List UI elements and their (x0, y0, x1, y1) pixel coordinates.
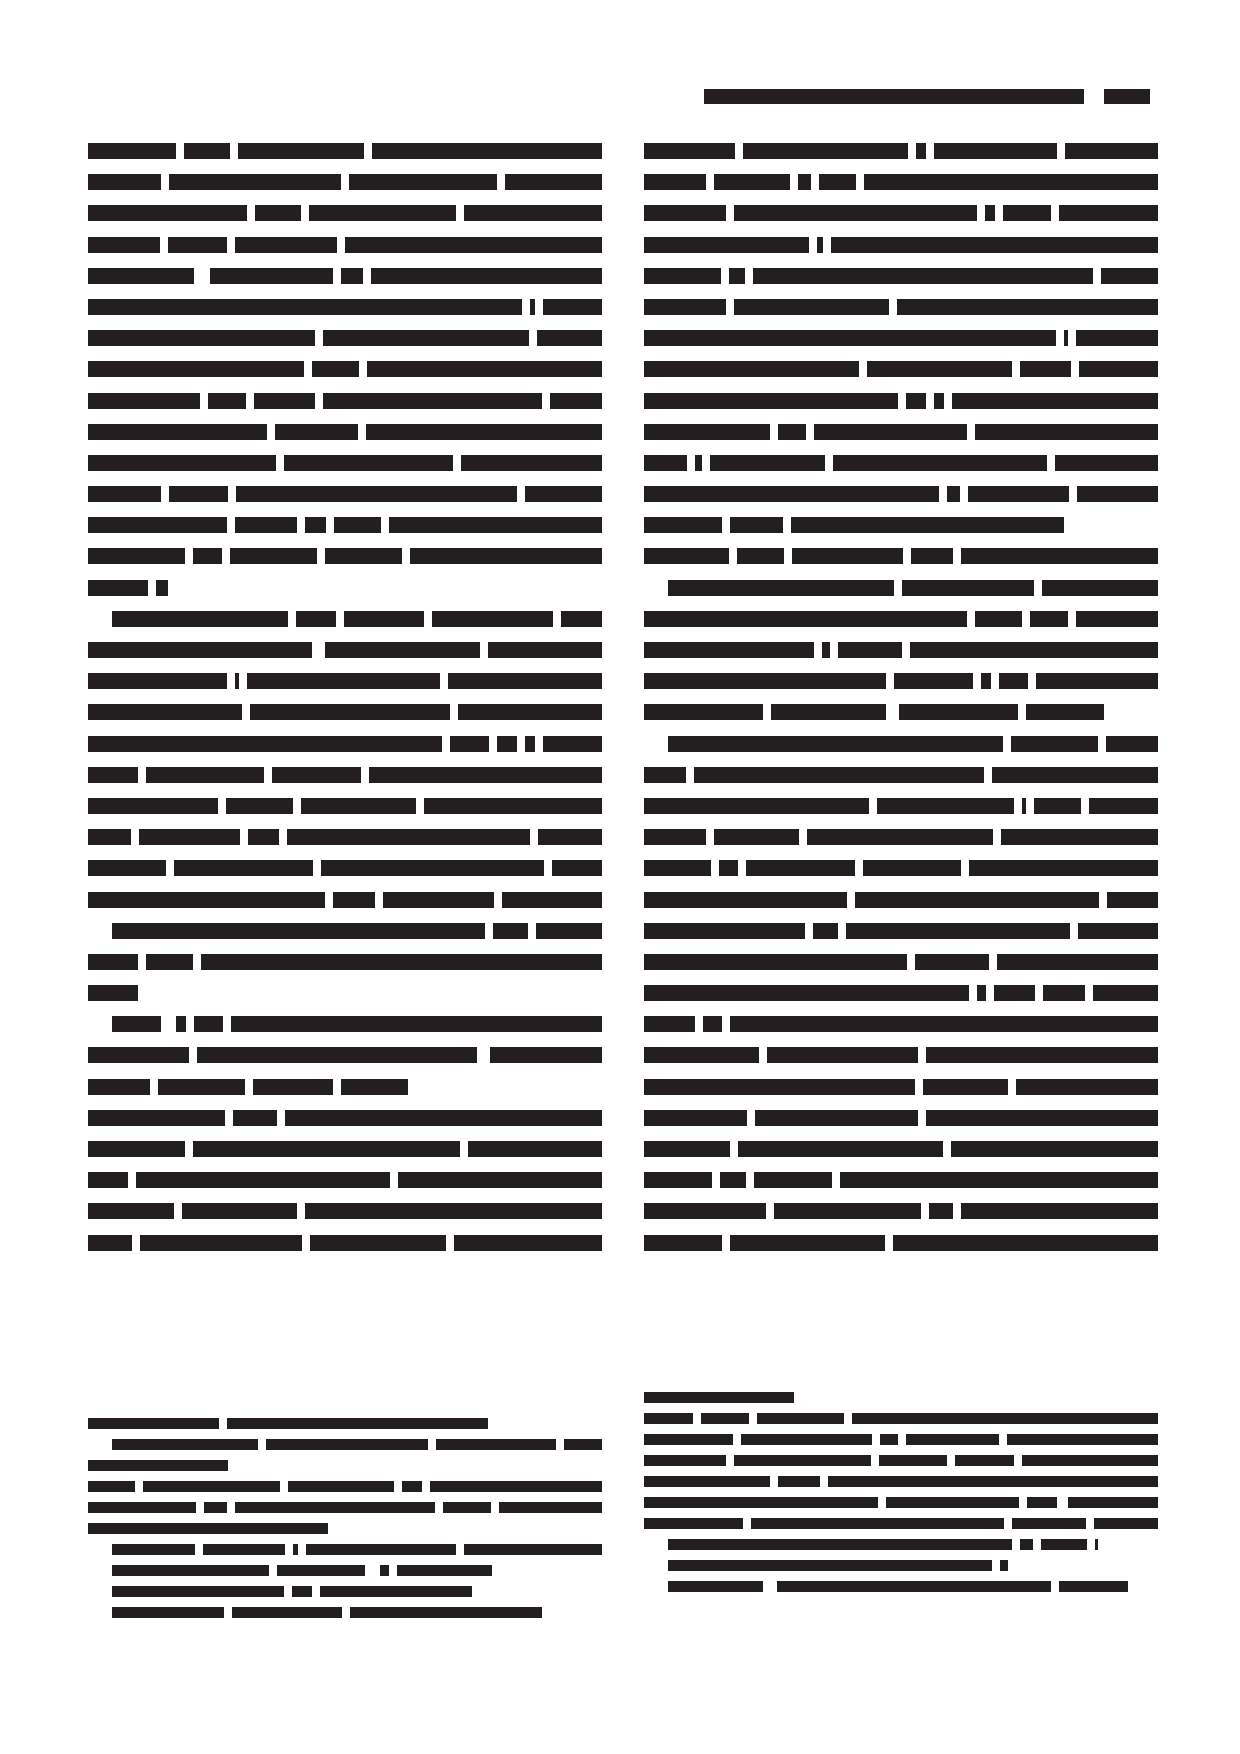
redacted-text-line (88, 1502, 602, 1513)
redacted-text-line (644, 829, 1158, 845)
redacted-text-line (644, 1413, 1158, 1424)
redacted-text-line (644, 1141, 1158, 1157)
redacted-text-line (88, 704, 602, 720)
redacted-text-line (88, 736, 602, 752)
redacted-text-line (644, 268, 1158, 284)
redacted-text-line (644, 424, 1158, 440)
redacted-text-line (88, 1523, 328, 1534)
redacted-text-line (88, 205, 602, 221)
redacted-text-line (644, 455, 1158, 471)
redacted-text-line (88, 424, 602, 440)
redacted-text-line (88, 860, 602, 876)
right-footnotes (644, 1392, 1158, 1602)
redacted-text-line (668, 1560, 1008, 1571)
redacted-text-line (88, 455, 602, 471)
redacted-text-line (644, 1392, 794, 1403)
running-header-text (704, 89, 1084, 104)
redacted-text-line (88, 174, 602, 190)
redacted-text-line (88, 237, 602, 253)
redacted-text-line (668, 580, 1158, 596)
redacted-text-line (644, 611, 1158, 627)
redacted-text-line (88, 892, 602, 908)
redacted-text-line (644, 1203, 1158, 1219)
redacted-text-line (644, 673, 1158, 689)
redacted-text-line (112, 1565, 492, 1576)
redacted-text-line (112, 1544, 602, 1555)
redacted-text-line (644, 1172, 1158, 1188)
redacted-text-line (112, 611, 602, 627)
redacted-text-line (88, 1481, 602, 1492)
redacted-text-line (644, 954, 1158, 970)
redacted-text-line (88, 548, 602, 564)
redacted-text-line (644, 517, 1064, 533)
redacted-text-line (668, 1539, 1098, 1550)
redacted-text-line (88, 517, 602, 533)
redacted-text-line (112, 1607, 542, 1618)
redacted-text-line (668, 1581, 1128, 1592)
redacted-text-line (668, 736, 1158, 752)
redacted-text-line (644, 237, 1158, 253)
redacted-text-line (644, 174, 1158, 190)
redacted-text-line (88, 767, 602, 783)
page-number (1104, 89, 1150, 104)
right-column (644, 143, 1158, 1266)
redacted-text-line (88, 798, 602, 814)
redacted-text-line (644, 205, 1158, 221)
redacted-text-line (644, 1455, 1158, 1466)
redacted-text-line (644, 1235, 1158, 1251)
redacted-text-line (88, 954, 602, 970)
redacted-text-line (644, 393, 1158, 409)
redacted-text-line (644, 985, 1158, 1001)
redacted-text-line (644, 143, 1158, 159)
redacted-text-line (644, 1110, 1158, 1126)
redacted-text-line (88, 1203, 602, 1219)
redacted-text-line (88, 330, 602, 346)
redacted-text-line (644, 892, 1158, 908)
left-column (88, 143, 602, 1266)
redacted-text-line (88, 1460, 228, 1471)
redacted-text-line (112, 923, 602, 939)
redacted-text-line (644, 1518, 1158, 1529)
redacted-text-line (88, 642, 602, 658)
redacted-text-line (112, 1586, 472, 1597)
redacted-text-line (644, 923, 1158, 939)
redacted-text-line (644, 1497, 1158, 1508)
redacted-text-line (644, 361, 1158, 377)
redacted-text-line (88, 1141, 602, 1157)
redacted-text-line (644, 299, 1158, 315)
redacted-text-line (644, 704, 1104, 720)
redacted-text-line (644, 767, 1158, 783)
redacted-text-line (644, 486, 1158, 502)
redacted-text-line (88, 1418, 488, 1429)
redacted-text-line (88, 985, 138, 1001)
running-header (704, 89, 1150, 104)
redacted-text-line (88, 268, 602, 284)
redacted-text-line (88, 1079, 408, 1095)
redacted-text-line (644, 642, 1158, 658)
redacted-text-line (112, 1016, 602, 1032)
redacted-text-line (88, 1172, 602, 1188)
redacted-text-line (88, 1235, 602, 1251)
redacted-text-line (644, 1476, 1158, 1487)
redacted-text-line (644, 1434, 1158, 1445)
redacted-text-line (644, 798, 1158, 814)
redacted-text-line (644, 1016, 1158, 1032)
redacted-text-line (88, 1047, 602, 1063)
redacted-text-line (644, 1079, 1158, 1095)
redacted-text-line (88, 393, 602, 409)
redacted-text-line (644, 548, 1158, 564)
redacted-text-line (644, 860, 1158, 876)
redacted-text-line (88, 486, 602, 502)
redacted-text-line (88, 673, 602, 689)
redacted-text-line (644, 330, 1158, 346)
redacted-text-line (88, 361, 602, 377)
redacted-text-line (88, 580, 168, 596)
redacted-text-line (88, 143, 602, 159)
redacted-text-line (88, 829, 602, 845)
redacted-text-line (112, 1439, 602, 1450)
redacted-text-line (88, 299, 602, 315)
left-footnotes (88, 1418, 602, 1628)
redacted-text-line (88, 1110, 602, 1126)
redacted-text-line (644, 1047, 1158, 1063)
